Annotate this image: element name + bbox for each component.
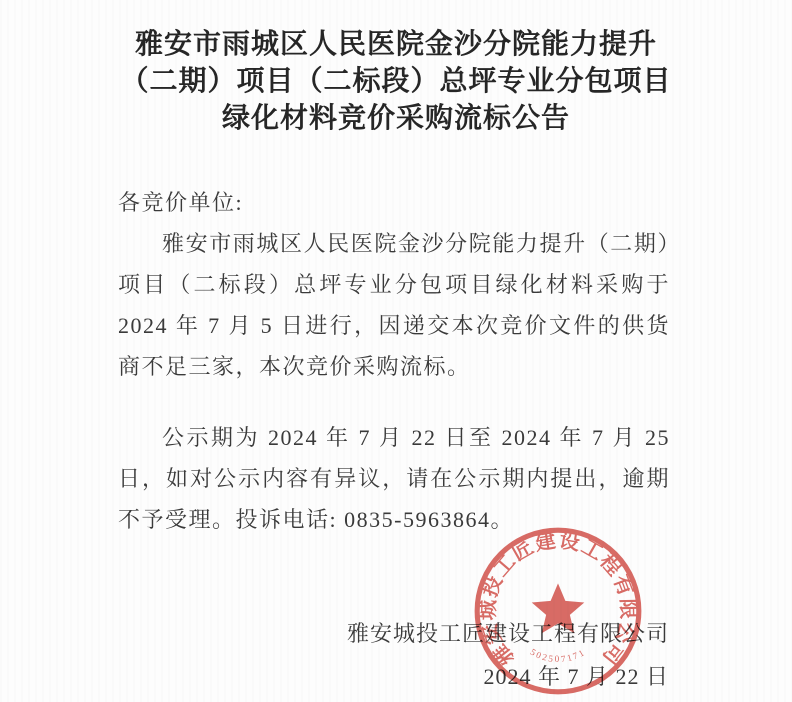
document-body: 各竞价单位: 雅安市雨城区人民医院金沙分院能力提升（二期）项目（二标段）总坪专业… — [118, 182, 670, 540]
document-title: 雅安市雨城区人民医院金沙分院能力提升 （二期）项目（二标段）总坪专业分包项目 绿… — [0, 26, 792, 137]
paragraph-2: 公示期为 2024 年 7 月 22 日至 2024 年 7 月 25 日，如对… — [118, 417, 670, 540]
title-line-3: 绿化材料竞价采购流标公告 — [0, 100, 792, 137]
title-line-1: 雅安市雨城区人民医院金沙分院能力提升 — [0, 26, 792, 63]
seal-code-text: 502507171 — [529, 647, 588, 664]
document-page: { "page": { "background": "#fdfdfd", "te… — [0, 0, 792, 702]
company-seal: 雅安城投工匠建设工程有限公司 502507171 — [470, 523, 646, 699]
salutation: 各竞价单位: — [118, 182, 670, 223]
title-line-2: （二期）项目（二标段）总坪专业分包项目 — [0, 63, 792, 100]
paragraph-1: 雅安市雨城区人民医院金沙分院能力提升（二期）项目（二标段）总坪专业分包项目绿化材… — [118, 223, 670, 387]
seal-star-icon — [532, 583, 585, 633]
